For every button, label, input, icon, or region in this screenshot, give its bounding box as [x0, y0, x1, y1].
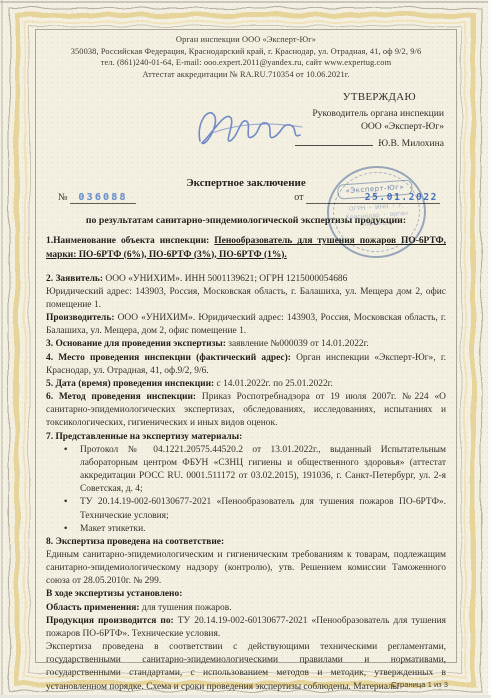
paragraph-lead: 6. Метод проведения инспекции:: [46, 392, 202, 402]
bullet-item: Протокол № 04.1221.20575.44520.2 от 13.0…: [46, 444, 446, 497]
paragraph-lead: 4. Место проведения инспекции (фактическ…: [46, 353, 296, 363]
approver-org: ООО «Эксперт-Юг»: [208, 120, 444, 134]
approve-word: УТВЕРЖДАЮ: [208, 91, 416, 105]
paragraph: 3. Основание для проведения экспертизы: …: [46, 338, 446, 351]
signature-row: Ю.В. Милохина: [208, 135, 444, 151]
scan-edge: [1, 0, 3, 698]
org-accreditation: Аттестат аккредитации № RA.RU.710354 от …: [46, 69, 446, 81]
org-name: Орган инспекции ООО «Эксперт-Юг»: [46, 34, 446, 46]
round-stamp-microtext: ОГРН ・ ИНН ・ г. Краснодар ・ орган инспек…: [343, 202, 412, 241]
paragraph: 7. Представленные на экспертизу материал…: [46, 431, 446, 444]
paragraph: Юридический адрес: 143903, Россия, Моско…: [46, 286, 446, 312]
paragraph-lead: 7. Представленные на экспертизу материал…: [46, 432, 242, 442]
paragraph: Продукция производится по: ТУ 20.14.19-0…: [46, 615, 446, 641]
document-number: № 036088: [58, 192, 136, 204]
date-label: от: [294, 192, 303, 203]
paragraph-lead: В ходе экспертизы установлено:: [46, 589, 182, 599]
scan-edge: [0, 1, 488, 3]
approval-block: УТВЕРЖДАЮ Руководитель органа инспекции …: [208, 91, 444, 150]
paragraph: 5. Дата (время) проведения инспекции: с …: [46, 378, 446, 391]
number-label: №: [58, 192, 68, 203]
paragraph: Производитель: ООО «УНИХИМ». Юридический…: [46, 312, 446, 338]
paragraph-lead: Область применения:: [46, 603, 142, 613]
org-contacts: тел. (861)240-01-64, E-mail: ooo.expert.…: [46, 57, 446, 69]
paragraph-lead: 1.Наименование объекта инспекции:: [46, 236, 214, 246]
paragraph: Область применения: для тушения пожаров.: [46, 602, 446, 615]
scanned-document-page: Орган инспекции ООО «Эксперт-Юг» 350038,…: [0, 0, 491, 698]
org-address: 350038, Российская Федерация, Краснодарс…: [46, 46, 446, 58]
paragraph-lead: 8. Экспертиза проведена на соответствие:: [46, 537, 224, 547]
paragraph: 4. Место проведения инспекции (фактическ…: [46, 352, 446, 378]
paragraph-lead: Производитель:: [46, 313, 118, 323]
paragraph-lead: 3. Основание для проведения экспертизы:: [46, 339, 228, 349]
paragraph-lead: 2. Заявитель:: [46, 274, 105, 284]
paragraph: Экспертиза проведена в соответствии с де…: [46, 641, 446, 694]
paragraph: В ходе экспертизы установлено:: [46, 588, 446, 601]
approver-role: Руководитель органа инспекции: [208, 107, 444, 121]
content-frame: Орган инспекции ООО «Эксперт-Юг» 350038,…: [35, 29, 457, 663]
number-stamp: 036088: [70, 192, 136, 204]
signer-name: Ю.В. Милохина: [378, 138, 444, 149]
bullet-item: Макет этикетки.: [46, 523, 446, 536]
page-number: Страница 1 из 3: [391, 680, 448, 689]
document-body: 1.Наименование объекта инспекции: Пенооб…: [46, 235, 446, 693]
paragraph: 8. Экспертиза проведена на соответствие:: [46, 536, 446, 549]
org-header: Орган инспекции ООО «Эксперт-Юг» 350038,…: [46, 34, 446, 80]
paragraph-lead: 5. Дата (время) проведения инспекции:: [46, 379, 217, 389]
paragraph-lead: Продукция производится по:: [46, 616, 178, 626]
bullet-item: ТУ 20.14.19-002-60130677-2021 «Пенообраз…: [46, 496, 446, 522]
paragraph: 6. Метод проведения инспекции: Приказ Ро…: [46, 391, 446, 430]
signature-line: [295, 135, 373, 146]
paragraph: 2. Заявитель: ООО «УНИХИМ». ИНН 50011396…: [46, 273, 446, 286]
paragraph: Единым санитарно-эпидемиологическим и ги…: [46, 549, 446, 588]
